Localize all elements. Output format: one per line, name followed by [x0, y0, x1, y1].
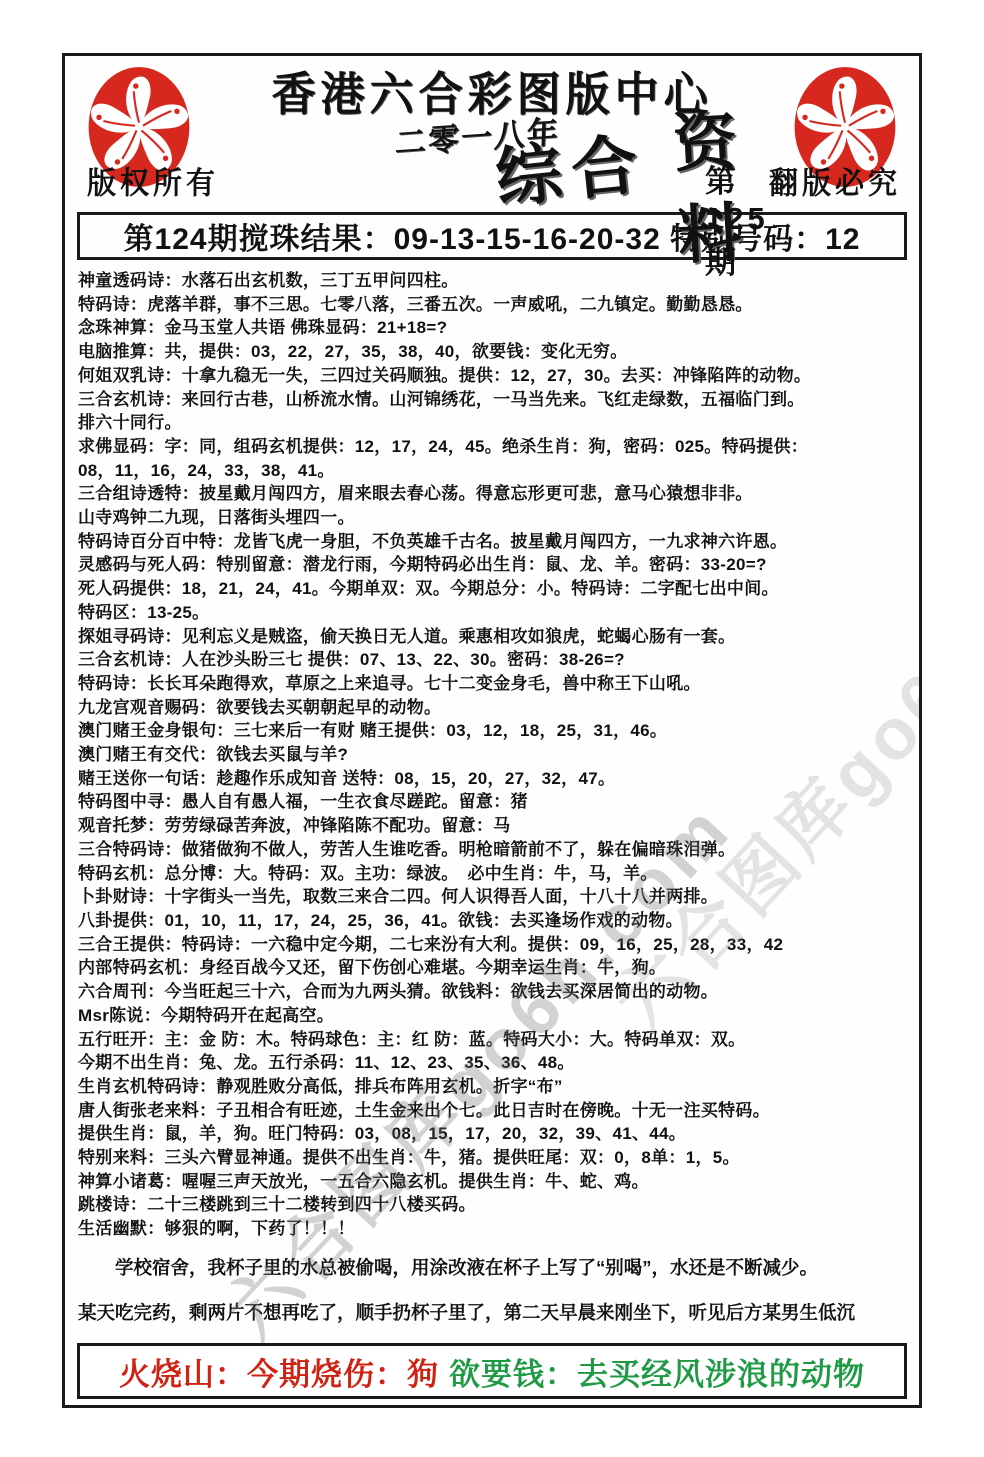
body-line: 特别来料：三头六臂显神通。提供不出生肖：牛，猪。提供旺尾：双：0，8单：1，5。 — [78, 1146, 906, 1170]
body-line: 卜卦财诗：十字街头一当先，取数三来合二四。何人识得吾人面，十八十八并两排。 — [78, 885, 906, 909]
body-line: Msr陈说：今期特码开在起高空。 — [78, 1004, 906, 1028]
body-line: 三合特码诗：做猪做狗不做人，劳苦人生谁吃香。明枪暗箭前不了，躲在偏暗珠泪弹。 — [78, 838, 906, 862]
body-line: 三合组诗透特：披星戴月闯四方，眉来眼去春心荡。得意忘形更可悲，意马心猿想非非。 — [78, 482, 906, 506]
body-line: 九龙宫观音赐码：欲要钱去买朝朝起早的动物。 — [78, 696, 906, 720]
body-line: 神童透码诗：水落石出玄机数，三丁五甲问四柱。 — [78, 269, 906, 293]
body-line: 探姐寻码诗：见利忘义是贼盗，偷天换日无人道。乘惠相攻如狼虎，蛇蝎心肠有一套。 — [78, 625, 906, 649]
body-line: 三合玄机诗：人在沙头盼三七 提供：07、13、22、30。密码：38-26=? — [78, 648, 906, 672]
body-line: 特码图中寻：愚人自有愚人福，一生衣食尽蹉跎。留意：猪 — [78, 790, 906, 814]
footer-red-tip: 火烧山：今期烧伤：狗 — [119, 1349, 439, 1394]
body-line: 六合周刊：今当旺起三十六，合而为九两头猜。欲钱料：欲钱去买深居简出的动物。 — [78, 980, 906, 1004]
body-line: 今期不出生肖：兔、龙。五行杀码：11、12、23、35、36、48。 — [78, 1051, 906, 1075]
body-line: 何姐双乳诗：十拿九稳无一失，三四过关码顺独。提供：12，27，30。去买：冲锋陷… — [78, 364, 906, 388]
body-line: 生肖玄机特码诗：静观胜败分高低，排兵布阵用玄机。折字“布” — [78, 1075, 906, 1099]
body-line: 特码玄机：总分博：大。特码：双。主功：绿波。 必中生肖：牛，马，羊。 — [78, 862, 906, 886]
body-line: 三合玄机诗：来回行古巷，山桥流水情。山河锦绣花，一马当先来。飞红走绿数，五福临门… — [78, 388, 906, 412]
footer-tip-box: 火烧山：今期烧伤：狗 欲要钱：去买经风涉浪的动物 — [77, 1343, 907, 1399]
body-line: 提供生肖：鼠，羊，狗。旺门特码：03，08，15，17，20，32，39、41、… — [78, 1122, 906, 1146]
humor-paragraph-line: 学校宿舍，我杯子里的水总被偷喝，用涂改液在杯子上写了“别喝”，水还是不断减少。 — [78, 1249, 906, 1286]
body-line: 念珠神算：金马玉堂人共语 佛珠显码：21+18=? — [78, 316, 906, 340]
body-line: 特码区：13-25。 — [78, 601, 906, 625]
body-line: 内部特码玄机：身经百战今又还，留下伤创心难堪。今期幸运生肖：牛，狗。 — [78, 956, 906, 980]
body-line: 08，11，16，24，33，38，41。 — [78, 459, 906, 483]
body-line: 电脑推算：共，提供：03，22，27，35，38，40，欲要钱：变化无穷。 — [78, 340, 906, 364]
body-line: 八卦提供：01，10，11，17，24，25，36，41。欲钱：去买逢场作戏的动… — [78, 909, 906, 933]
body-line: 唐人街张老来料：子丑相合有旺迹，土生金来出个七。此日吉时在傍晚。十无一注买特码。 — [78, 1099, 906, 1123]
body-line: 求佛显码：字：同，组码玄机提供：12，17，24，45。绝杀生肖：狗，密码：02… — [78, 435, 906, 459]
copyright-right: 翻版必究 — [769, 160, 901, 203]
body-line: 赌王送你一句话：趁趣作乐成知音 送特：08，15，20，27，32，47。 — [78, 767, 906, 791]
tips-body: 六合图库go6h.com 六合图库go6h.com 神童透码诗：水落石出玄机数，… — [65, 260, 919, 1376]
body-line: 五行旺开：主：金 防：木。特码球色：主：红 防：蓝。特码大小：大。特码单双：双。 — [78, 1028, 906, 1052]
body-line: 特码诗：长长耳朵跑得欢，草原之上来追寻。七十二变金身毛，兽中称王下山吼。 — [78, 672, 906, 696]
header: 香港六合彩图版中心 二零一八年 综合 资料 第 125 期 — [65, 56, 919, 208]
footer-green-tip: 欲要钱：去买经风涉浪的动物 — [449, 1349, 865, 1394]
body-line: 三合王提供：特码诗：一六稳中定今期，二七来汾有大利。提供：09，16，25，28… — [78, 933, 906, 957]
copyright-left: 版权所有 — [87, 160, 219, 203]
header-center: 香港六合彩图版中心 二零一八年 综合 资料 第 125 期 — [205, 56, 779, 208]
body-line: 跳楼诗：二十三楼跳到三十二楼转到四十八楼买码。 — [78, 1193, 906, 1217]
body-line: 山寺鸡钟二九现，日落街头埋四一。 — [78, 506, 906, 530]
body-line: 澳门赌王金身银句：三七来后一有财 赌王提供：03，12，18，25，31，46。 — [78, 719, 906, 743]
lottery-sheet-page: 香港六合彩图版中心 二零一八年 综合 资料 第 125 期 — [62, 53, 922, 1408]
body-line: 特码诗百分百中特：龙皆飞虎一身胆，不负英雄千古名。披星戴月闯四方，一九求神六许恩… — [78, 530, 906, 554]
body-line: 澳门赌王有交代：欲钱去买鼠与羊? — [78, 743, 906, 767]
body-line: 特码诗：虎落羊群，事不三思。七零八落，三番五次。一声威吼，二九镇定。勤勤恳恳。 — [78, 293, 906, 317]
body-line: 观音托梦：劳劳绿碌苦奔波，冲锋陷陈不配功。留意：马 — [78, 814, 906, 838]
body-line: 排六十同行。 — [78, 411, 906, 435]
body-line: 生活幽默：够狠的啊，下药了！！！ — [78, 1217, 906, 1241]
calligraphy-zonghe: 综合 — [490, 110, 651, 220]
body-line: 神算小诸葛：喔喔三声天放光，一五合六隐玄机。提供生肖：牛、蛇、鸡。 — [78, 1170, 906, 1194]
body-line: 死人码提供：18，21，24，41。今期单双：双。今期总分：小。特码诗：二字配七… — [78, 577, 906, 601]
body-line: 灵感码与死人码：特别留意：潜龙行雨，今期特码必出生肖：鼠、龙、羊。密码：33-2… — [78, 553, 906, 577]
humor-paragraph-line: 某天吃完药，剩两片不想再吃了，顺手扔杯子里了，第二天早晨来刚坐下，听见后方某男生… — [78, 1294, 906, 1331]
